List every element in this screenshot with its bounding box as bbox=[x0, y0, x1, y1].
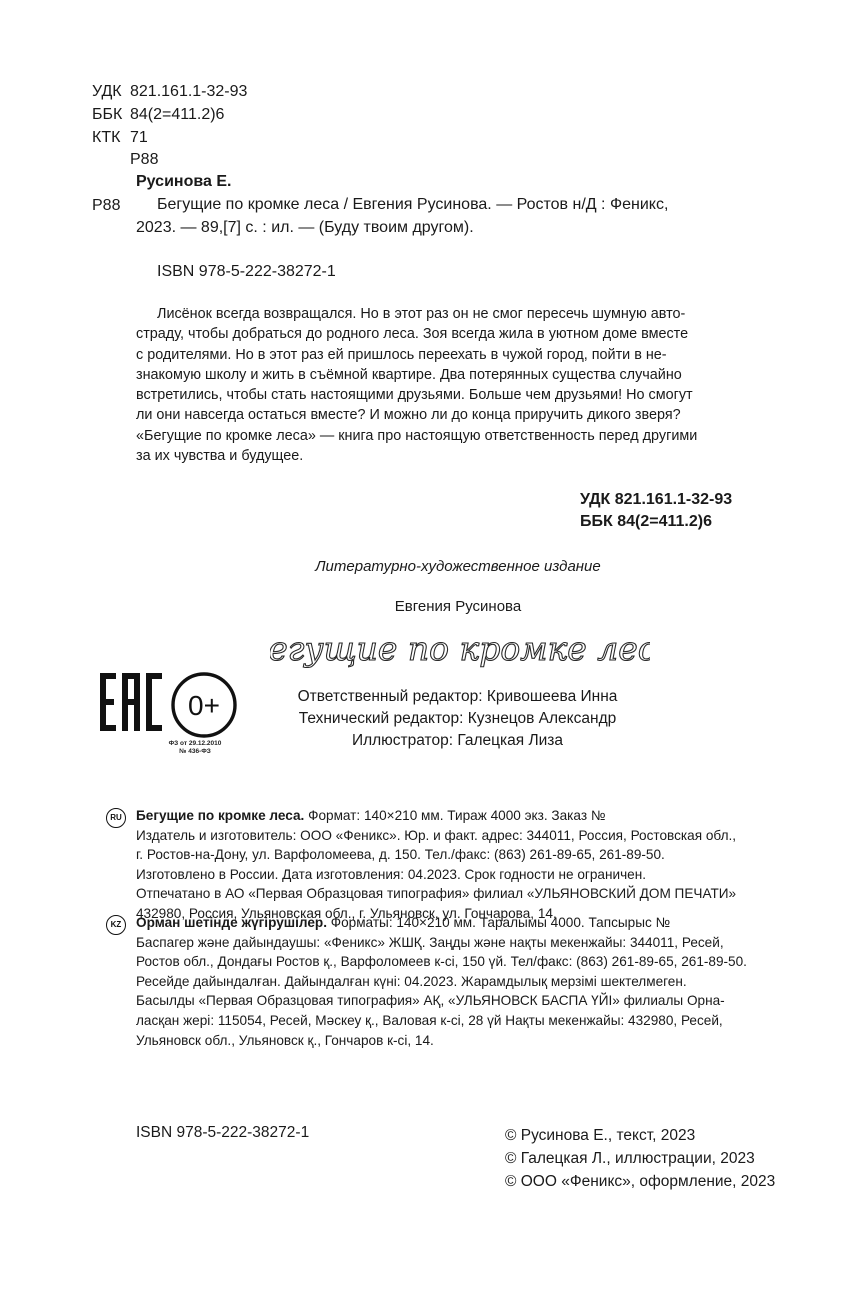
script-title-text: Бегущие по кромке леса bbox=[270, 629, 650, 668]
author-name: Евгения Русинова bbox=[0, 598, 856, 615]
bibliographic-line-2: 2023. — 89,[7] с. : ил. — (Буду твоим др… bbox=[136, 219, 474, 237]
imprint-kz-line: Баспагер және дайындаушы: «Феникс» ЖШҚ. … bbox=[136, 933, 816, 953]
imprint-kz-title: Орман шетінде жүгірушілер. bbox=[136, 915, 327, 930]
kz-badge-icon: KZ bbox=[106, 915, 126, 935]
imprint-ru-line: Бегущие по кромке леса. Формат: 140×210 … bbox=[136, 806, 816, 826]
bbk-row: ББК84(2=411.2)6 bbox=[92, 105, 224, 125]
imprint-kz: Орман шетінде жүгірушілер. Форматы: 140×… bbox=[136, 913, 816, 1050]
ktk-row: КТК71 bbox=[92, 128, 148, 148]
genre-label: Литературно-художественное издание bbox=[0, 558, 856, 575]
imprint-ru-line: г. Ростов-на-Дону, ул. Варфоломеева, д. … bbox=[136, 845, 816, 865]
udk-bold: УДК 821.161.1-32-93 bbox=[580, 489, 732, 511]
credits: Ответственный редактор: Кривошеева Инна … bbox=[255, 686, 660, 752]
imprint-kz-format: Форматы: 140×210 мм. Таралымы 4000. Тапс… bbox=[327, 915, 670, 930]
imprint-kz-line: Ростов обл., Дондағы Ростов қ., Варфолом… bbox=[136, 952, 816, 972]
annotation: Лисёнок всегда возвращался. Но в этот ра… bbox=[136, 304, 751, 466]
udk-label: УДК bbox=[92, 82, 130, 102]
udk-value: 821.161.1-32-93 bbox=[130, 83, 247, 100]
imprint-ru-title: Бегущие по кромке леса. bbox=[136, 808, 304, 823]
imprint-ru-format: Формат: 140×210 мм. Тираж 4000 экз. Зака… bbox=[304, 808, 605, 823]
annotation-line: встретились, чтобы стать настоящими друз… bbox=[136, 385, 751, 405]
ru-badge-icon: RU bbox=[106, 808, 126, 828]
annotation-line: знакомую школу и жить в съёмной квартире… bbox=[136, 365, 751, 385]
ktk-label: КТК bbox=[92, 128, 130, 148]
annotation-line: с родителями. Но в этот раз ей пришлось … bbox=[136, 345, 751, 365]
annotation-line: «Бегущие по кромке леса» — книга про нас… bbox=[136, 426, 751, 446]
imprint-ru: Бегущие по кромке леса. Формат: 140×210 … bbox=[136, 806, 816, 924]
age-law-line-2: № 436-ФЗ bbox=[155, 748, 235, 756]
bibliographic-line-1: Бегущие по кромке леса / Евгения Русинов… bbox=[157, 196, 668, 214]
ktk-value: 71 bbox=[130, 129, 148, 146]
imprint-ru-line: Издатель и изготовитель: ООО «Феникс». Ю… bbox=[136, 826, 816, 846]
imprint-kz-line: Ресейде дайындалған. Дайындалған күні: 0… bbox=[136, 972, 816, 992]
imprint-kz-line: Басылды «Первая Образцовая типография» А… bbox=[136, 991, 816, 1011]
bbk-bold: ББК 84(2=411.2)6 bbox=[580, 511, 732, 533]
bbk-label: ББК bbox=[92, 105, 130, 125]
copyright-design: © ООО «Феникс», оформление, 2023 bbox=[505, 1170, 775, 1193]
author-mark: Р88 bbox=[130, 151, 158, 169]
eac-icon bbox=[100, 673, 162, 731]
age-law-note: ФЗ от 29.12.2010 № 436-ФЗ bbox=[155, 740, 235, 756]
imprint-kz-line: Орман шетінде жүгірушілер. Форматы: 140×… bbox=[136, 913, 816, 933]
udk-row: УДК821.161.1-32-93 bbox=[92, 82, 247, 102]
credit-editor: Ответственный редактор: Кривошеева Инна bbox=[255, 686, 660, 708]
annotation-line: Лисёнок всегда возвращался. Но в этот ра… bbox=[136, 304, 751, 324]
annotation-line: за их чувства и будущее. bbox=[136, 446, 751, 466]
imprint-ru-line: Отпечатано в АО «Первая Образцовая типог… bbox=[136, 884, 816, 904]
bbk-value: 84(2=411.2)6 bbox=[130, 106, 224, 123]
author-mark-margin: Р88 bbox=[92, 197, 120, 215]
isbn-footer: ISBN 978-5-222-38272-1 bbox=[136, 1124, 309, 1142]
imprint-kz-line: Ульяновск обл., Ульяновск қ., Гончаров к… bbox=[136, 1031, 816, 1051]
isbn-record: ISBN 978-5-222-38272-1 bbox=[157, 263, 336, 281]
copyright-illustrations: © Галецкая Л., иллюстрации, 2023 bbox=[505, 1147, 775, 1170]
script-title: Бегущие по кромке леса bbox=[270, 624, 650, 672]
imprint-ru-line: Изготовлено в России. Дата изготовления:… bbox=[136, 865, 816, 885]
age-law-line-1: ФЗ от 29.12.2010 bbox=[155, 740, 235, 748]
annotation-line: страду, чтобы добраться до родного леса.… bbox=[136, 324, 751, 344]
copyright-block: © Русинова Е., текст, 2023 © Галецкая Л.… bbox=[505, 1124, 775, 1193]
age-rating-text: 0+ bbox=[188, 690, 220, 721]
author-heading: Русинова Е. bbox=[136, 173, 231, 191]
credit-tech-editor: Технический редактор: Кузнецов Александр bbox=[255, 708, 660, 730]
imprint-kz-line: ласқан жері: 115054, Ресей, Мәскеу қ., В… bbox=[136, 1011, 816, 1031]
copyright-text: © Русинова Е., текст, 2023 bbox=[505, 1124, 775, 1147]
annotation-line: ли они навсегда остаться вместе? И можно… bbox=[136, 405, 751, 425]
credit-illustrator: Иллюстратор: Галецкая Лиза bbox=[255, 730, 660, 752]
age-rating-icon: 0+ bbox=[170, 671, 238, 739]
classification-bold: УДК 821.161.1-32-93 ББК 84(2=411.2)6 bbox=[580, 489, 732, 533]
